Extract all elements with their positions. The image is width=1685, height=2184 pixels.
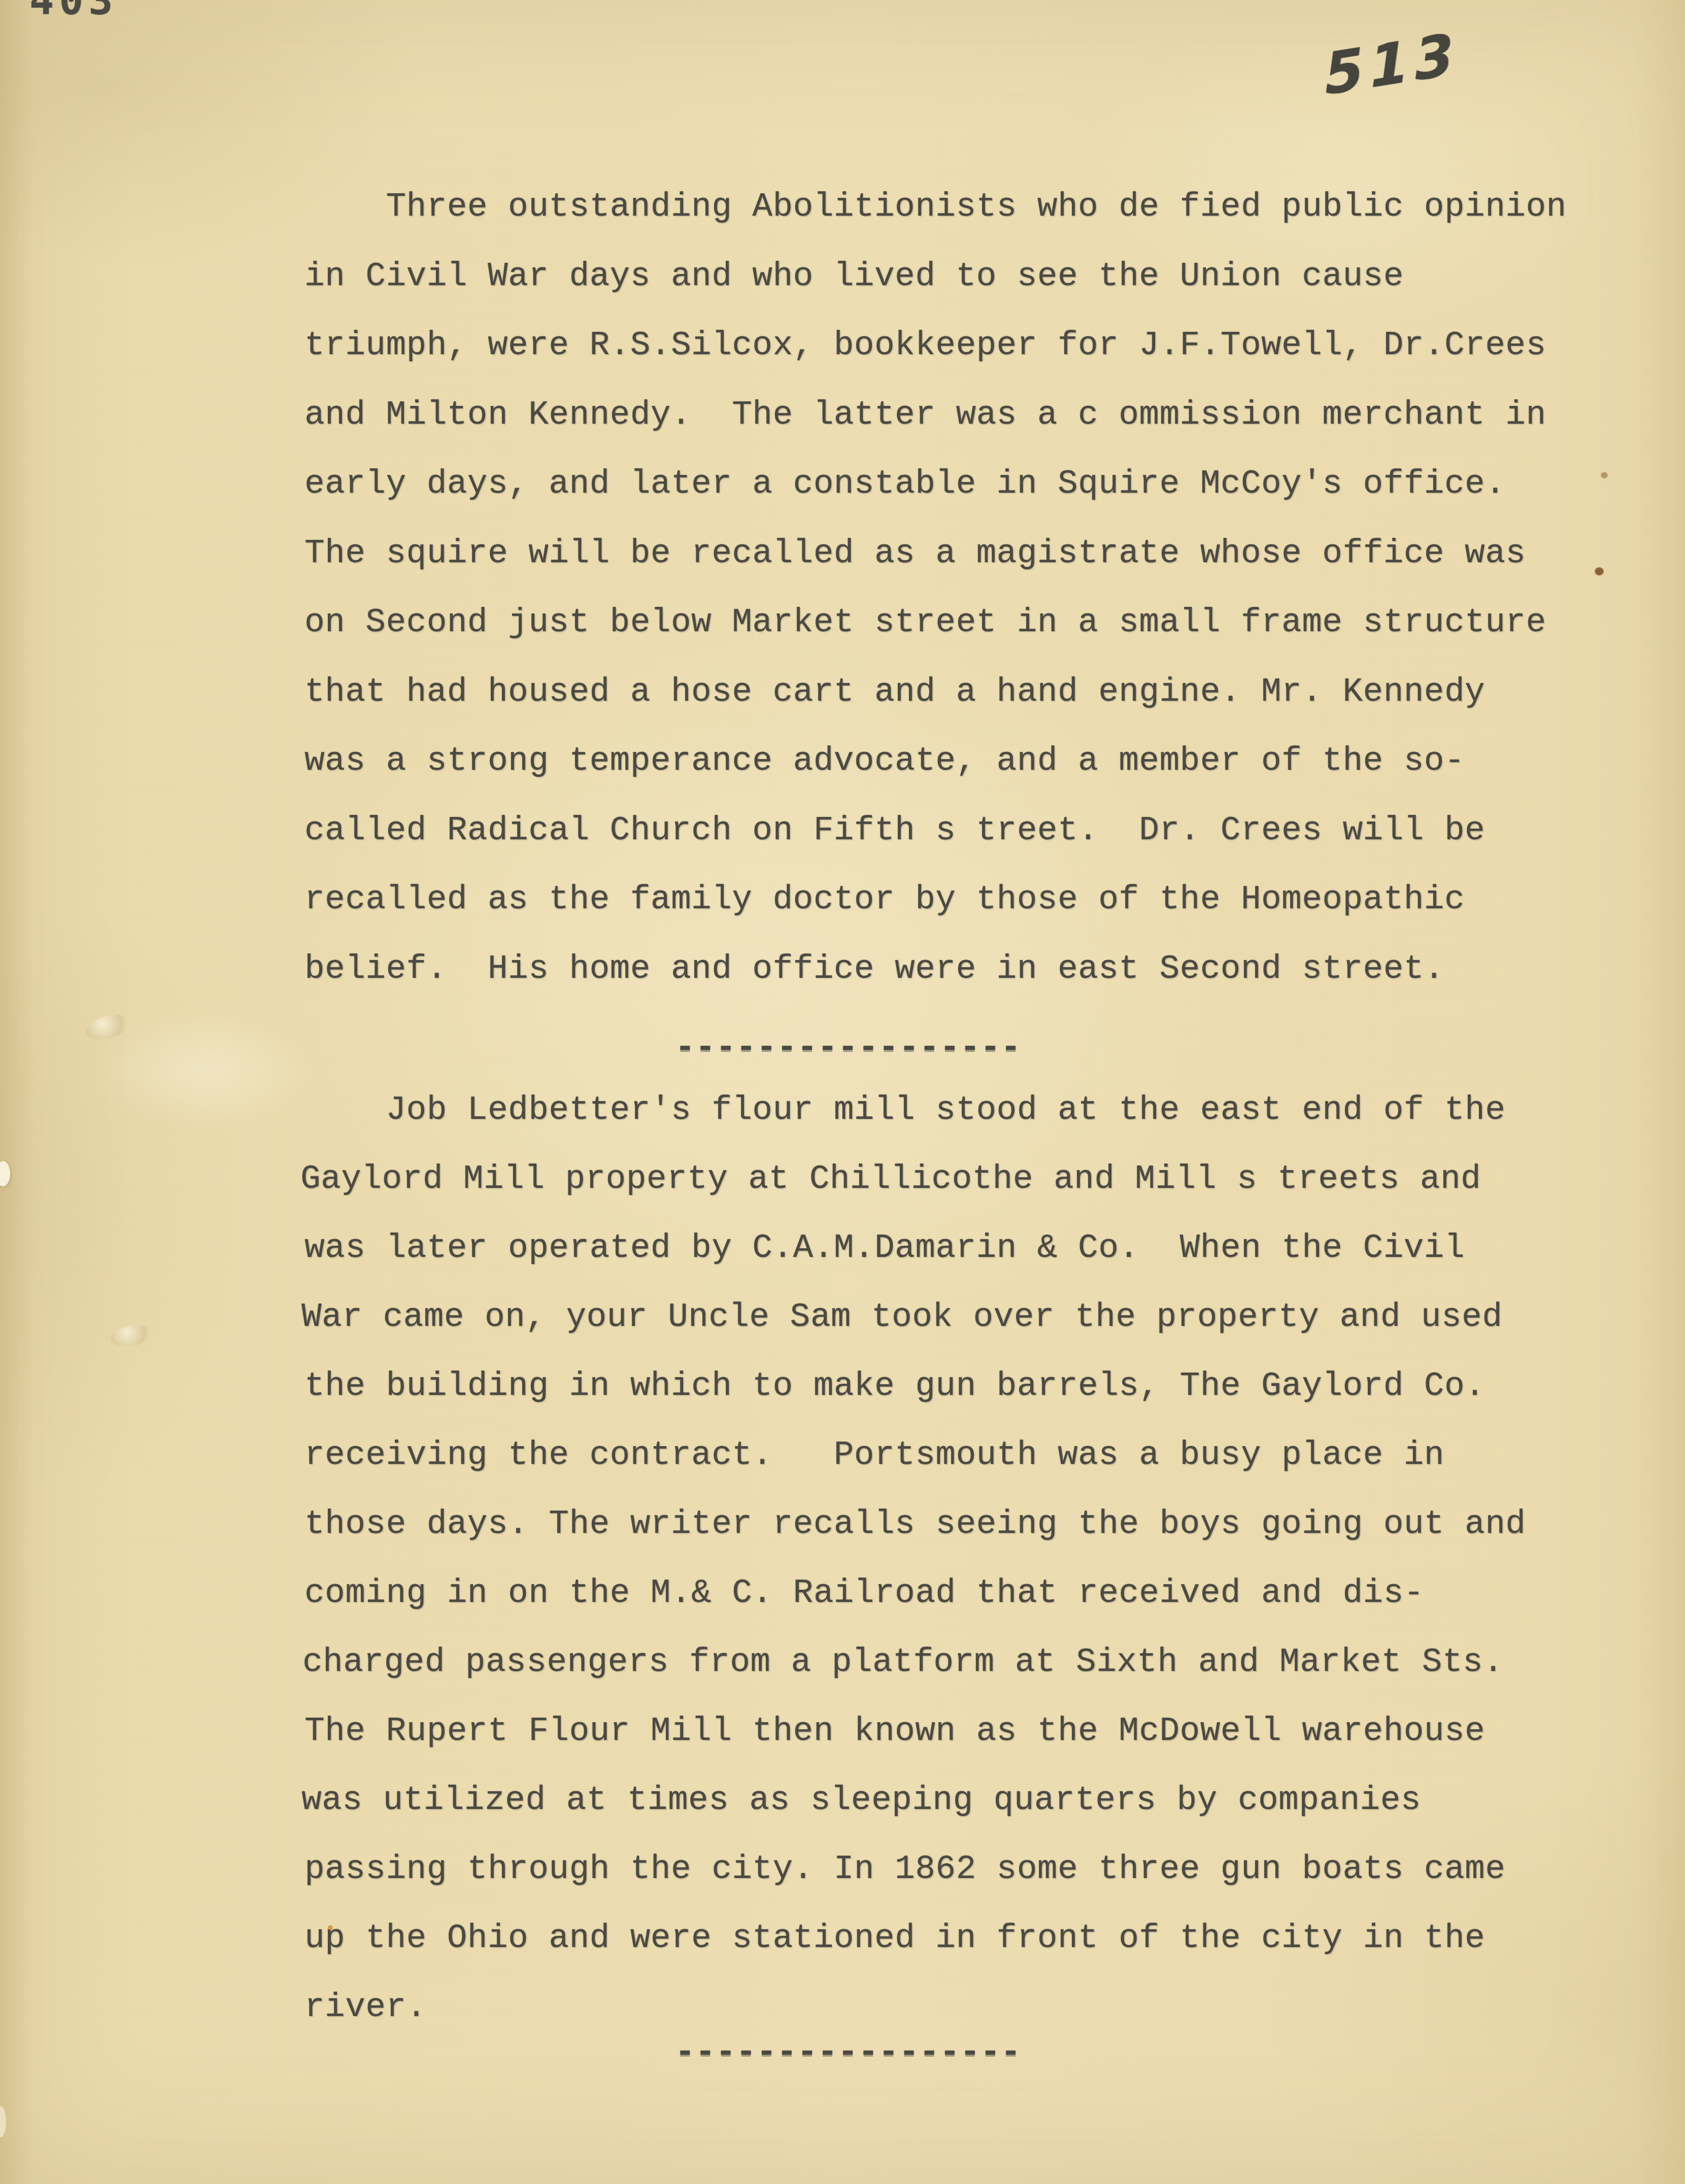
typed-line: called Radical Church on Fifth s treet. … [305, 814, 1485, 847]
paper-dent [83, 1010, 133, 1044]
typed-line: and Milton Kennedy. The latter was a c o… [305, 398, 1546, 432]
ink-speck [328, 1925, 333, 1930]
ink-speck [1601, 472, 1608, 479]
handwritten-page-number: 513 [1323, 21, 1461, 109]
typed-line: The Rupert Flour Mill then known as the … [305, 1715, 1485, 1748]
typed-line: charged passengers from a platform at Si… [302, 1646, 1503, 1679]
paper-dent [109, 1322, 155, 1349]
typed-line: was utilized at times as sleeping quarte… [301, 1784, 1421, 1817]
typed-line: that had housed a hose cart and a hand e… [305, 675, 1485, 709]
typed-line: passing through the city. In 1862 some t… [305, 1853, 1505, 1886]
typed-line: the building in which to make gun barrel… [305, 1370, 1485, 1403]
typed-line: coming in on the M.& C. Railroad that re… [305, 1577, 1424, 1610]
typed-line: was later operated by C.A.M.Damarin & Co… [305, 1232, 1465, 1265]
typed-line: Job Ledbetter's flour mill stood at the … [305, 1094, 1505, 1127]
typed-line: was a strong temperance advocate, and a … [305, 744, 1465, 778]
typed-line: up the Ohio and were stationed in front … [305, 1922, 1485, 1955]
typed-line: Gaylord Mill property at Chillicothe and… [300, 1163, 1481, 1196]
typed-line: river. [305, 1991, 427, 2024]
paragraph-separator: ----------------- [675, 1031, 1021, 1065]
paper-chip [0, 2106, 6, 2137]
typed-line: War came on, your Uncle Sam took over th… [301, 1301, 1502, 1334]
typed-line: on Second just below Market street in a … [305, 606, 1546, 639]
typed-line: those days. The writer recalls seeing th… [305, 1508, 1526, 1541]
typed-line: recalled as the family doctor by those o… [305, 883, 1465, 916]
typed-line: triumph, were R.S.Silcox, bookkeeper for… [305, 329, 1546, 362]
corner-stamp-number: 403 [29, 0, 118, 24]
typed-line: belief. His home and office were in east… [305, 952, 1444, 986]
typed-line: Three outstanding Abolitionists who de f… [305, 190, 1567, 224]
typed-line: receiving the contract. Portsmouth was a… [305, 1439, 1444, 1472]
typed-line: in Civil War days and who lived to see t… [305, 260, 1404, 293]
document-page: 403 513 Three outstanding Abolitionists … [0, 0, 1685, 2184]
paragraph-separator: ----------------- [675, 2036, 1021, 2069]
ink-speck [1595, 567, 1604, 575]
typed-line: The squire will be recalled as a magistr… [305, 537, 1526, 570]
typed-line: early days, and later a constable in Squ… [305, 467, 1505, 501]
paper-chip [0, 1161, 10, 1186]
